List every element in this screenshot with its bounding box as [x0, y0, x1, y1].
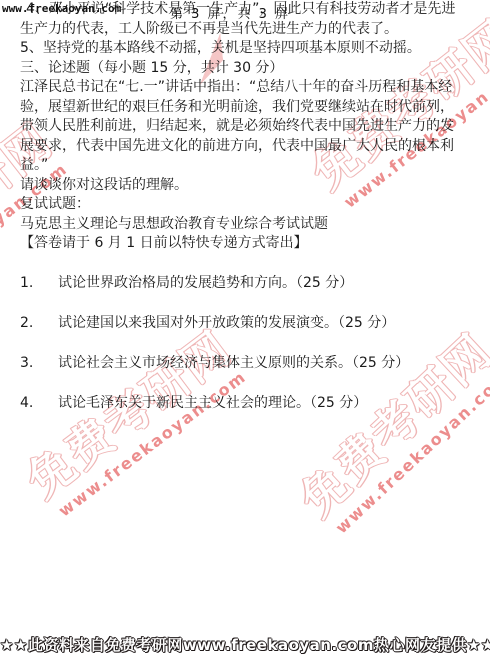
retest-label: 复试试题： [20, 195, 466, 215]
question-number: 1. [20, 274, 58, 294]
question-number: 4. [20, 394, 58, 414]
site-url: www.freekaoyan.com [2, 2, 121, 15]
question-text: 试论社会主义市场经济与集体主义原则的关系。（25 分） [58, 354, 466, 374]
question-number: 3. [20, 354, 58, 374]
document-page: 免费考研网 www.freekaoyan.com 免费考研网 www.freek… [0, 0, 490, 659]
mail-notice: 【答卷请于 6 月 1 日前以特快专递方式寄出】 [20, 234, 466, 254]
footer-banner: ★★此资料来自免费考研网www.freekaoyan.com热心网友提供★★ [0, 634, 490, 655]
retest-title: 马克思主义理论与思想政治教育专业综合考试试题 [20, 215, 466, 235]
question-row: 1. 试论世界政治格局的发展趋势和方向。（25 分） [20, 274, 466, 294]
question-text: 试论建国以来我国对外开放政策的发展演变。（25 分） [58, 314, 466, 334]
page-indicator: 第 3 屏，共 3 屏 [170, 3, 290, 22]
question-list: 1. 试论世界政治格局的发展趋势和方向。（25 分） 2. 试论建国以来我国对外… [20, 274, 466, 414]
question-row: 4. 试论毛泽东关于新民主主义社会的理论。（25 分） [20, 394, 466, 414]
question-row: 3. 试论社会主义市场经济与集体主义原则的关系。（25 分） [20, 354, 466, 374]
section-title: 三、论述题（每小题 15 分，共计 30 分） [20, 59, 466, 79]
paragraph-item-5: 5、坚持党的基本路线不动摇，关机是坚持四项基本原则不动摇。 [20, 39, 466, 59]
quote-prompt: 请谈谈你对这段话的理解。 [20, 176, 466, 196]
question-row: 2. 试论建国以来我国对外开放政策的发展演变。（25 分） [20, 314, 466, 334]
question-number: 2. [20, 314, 58, 334]
question-text: 试论毛泽东关于新民主主义社会的理论。（25 分） [58, 394, 466, 414]
jiang-quote: 江泽民总书记在“七.一”讲话中指出：“总结八十年的奋斗历程和基本经验，展望新世纪… [20, 78, 466, 176]
question-text: 试论世界政治格局的发展趋势和方向。（25 分） [58, 274, 466, 294]
document-body: 4、邓小平说“科学技术是第一生产力”，因此只有科技劳动者才是先进生产力的代表，工… [0, 0, 490, 413]
header: www.freekaoyan.com 第 3 屏，共 3 屏 [0, 0, 490, 22]
